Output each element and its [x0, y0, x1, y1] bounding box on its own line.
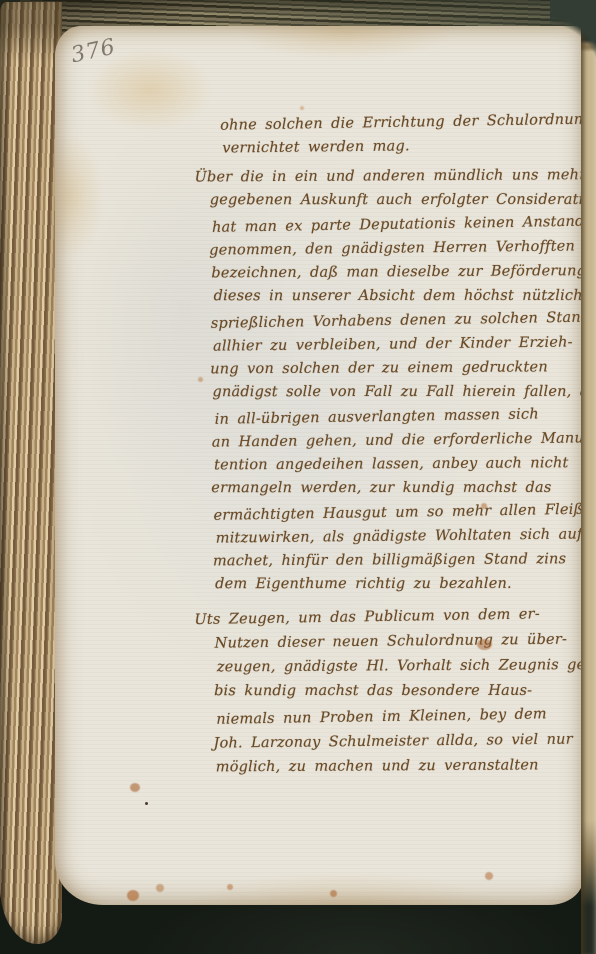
manuscript-page: 376 ohne solchen die Errichtung der Schu… — [55, 26, 583, 905]
handwriting-line: Über die in ein und anderen mündlich uns… — [194, 163, 583, 190]
handwriting-line: möglich, zu machen und zu veranstalten — [216, 752, 583, 780]
paragraph: ohne solchen die Errichtung der Schulord… — [210, 108, 583, 160]
fox-spot — [127, 890, 139, 901]
handwriting-line: Nutzen dieser neuen Schulordnung zu über… — [215, 626, 583, 656]
handwriting-line: tention angedeihen lassen, anbey auch ni… — [214, 450, 583, 477]
handwriting-line: machet, hinfür den billigmäßigen Stand z… — [213, 546, 583, 573]
ink-dot — [145, 802, 148, 805]
page-number: 376 — [69, 35, 118, 69]
handwriting-line: genommen, den gnädigsten Herren Verhofft… — [209, 233, 583, 262]
fox-spot — [130, 783, 140, 792]
handwritten-text: ohne solchen die Errichtung der Schulord… — [210, 108, 583, 781]
handwriting-line: dieses in unserer Absicht dem höchst nüt… — [214, 284, 583, 308]
book-page-stack-edge — [0, 2, 62, 944]
handwriting-line: vernichtet werden mag. — [222, 131, 583, 160]
paragraph: Uts Zeugen, um das Publicum von dem er-N… — [214, 602, 583, 781]
fox-spot — [481, 503, 487, 509]
handwriting-line: zeugen, gnädigste Hl. Vorhalt sich Zeugn… — [217, 652, 583, 680]
handwriting-line: Joh. Larzonay Schulmeister allda, so vie… — [213, 726, 583, 756]
handwriting-line: gegebenen Auskunft auch erfolgter Consid… — [210, 188, 583, 212]
scan-background-corner — [550, 0, 596, 60]
handwriting-line: ung von solchen der zu einem gedruckten — [210, 355, 583, 382]
manuscript-scan: 376 ohne solchen die Errichtung der Schu… — [0, 0, 596, 954]
handwriting-line: an Handen gehen, und die erforderliche M… — [212, 425, 583, 454]
fox-spot — [198, 377, 203, 382]
handwriting-line: ermangeln werden, zur kundig machst das — [211, 476, 583, 500]
handwriting-line: mitzuwirken, als gnädigste Wohltaten sic… — [216, 521, 583, 550]
paragraph: Über die in ein und anderen mündlich uns… — [210, 162, 583, 598]
fox-spot — [300, 106, 304, 110]
handwriting-line: bis kundig machst das besondere Haus- — [214, 679, 583, 704]
handwriting-line: bezeichnen, daß man dieselbe zur Beförde… — [211, 259, 583, 286]
fox-spot — [156, 884, 164, 892]
handwriting-line: allhier zu verbleiben, und der Kinder Er… — [213, 329, 583, 358]
fox-spot — [330, 890, 337, 897]
handwriting-line: gnädigst solle von Fall zu Fall hierein … — [212, 380, 583, 404]
fox-spot — [485, 872, 493, 880]
fox-spot — [227, 884, 233, 890]
book-gutter-edge — [581, 0, 596, 954]
handwriting-line: dem Eigenthume richtig zu bezahlen. — [215, 572, 583, 596]
fox-spot — [477, 639, 492, 650]
